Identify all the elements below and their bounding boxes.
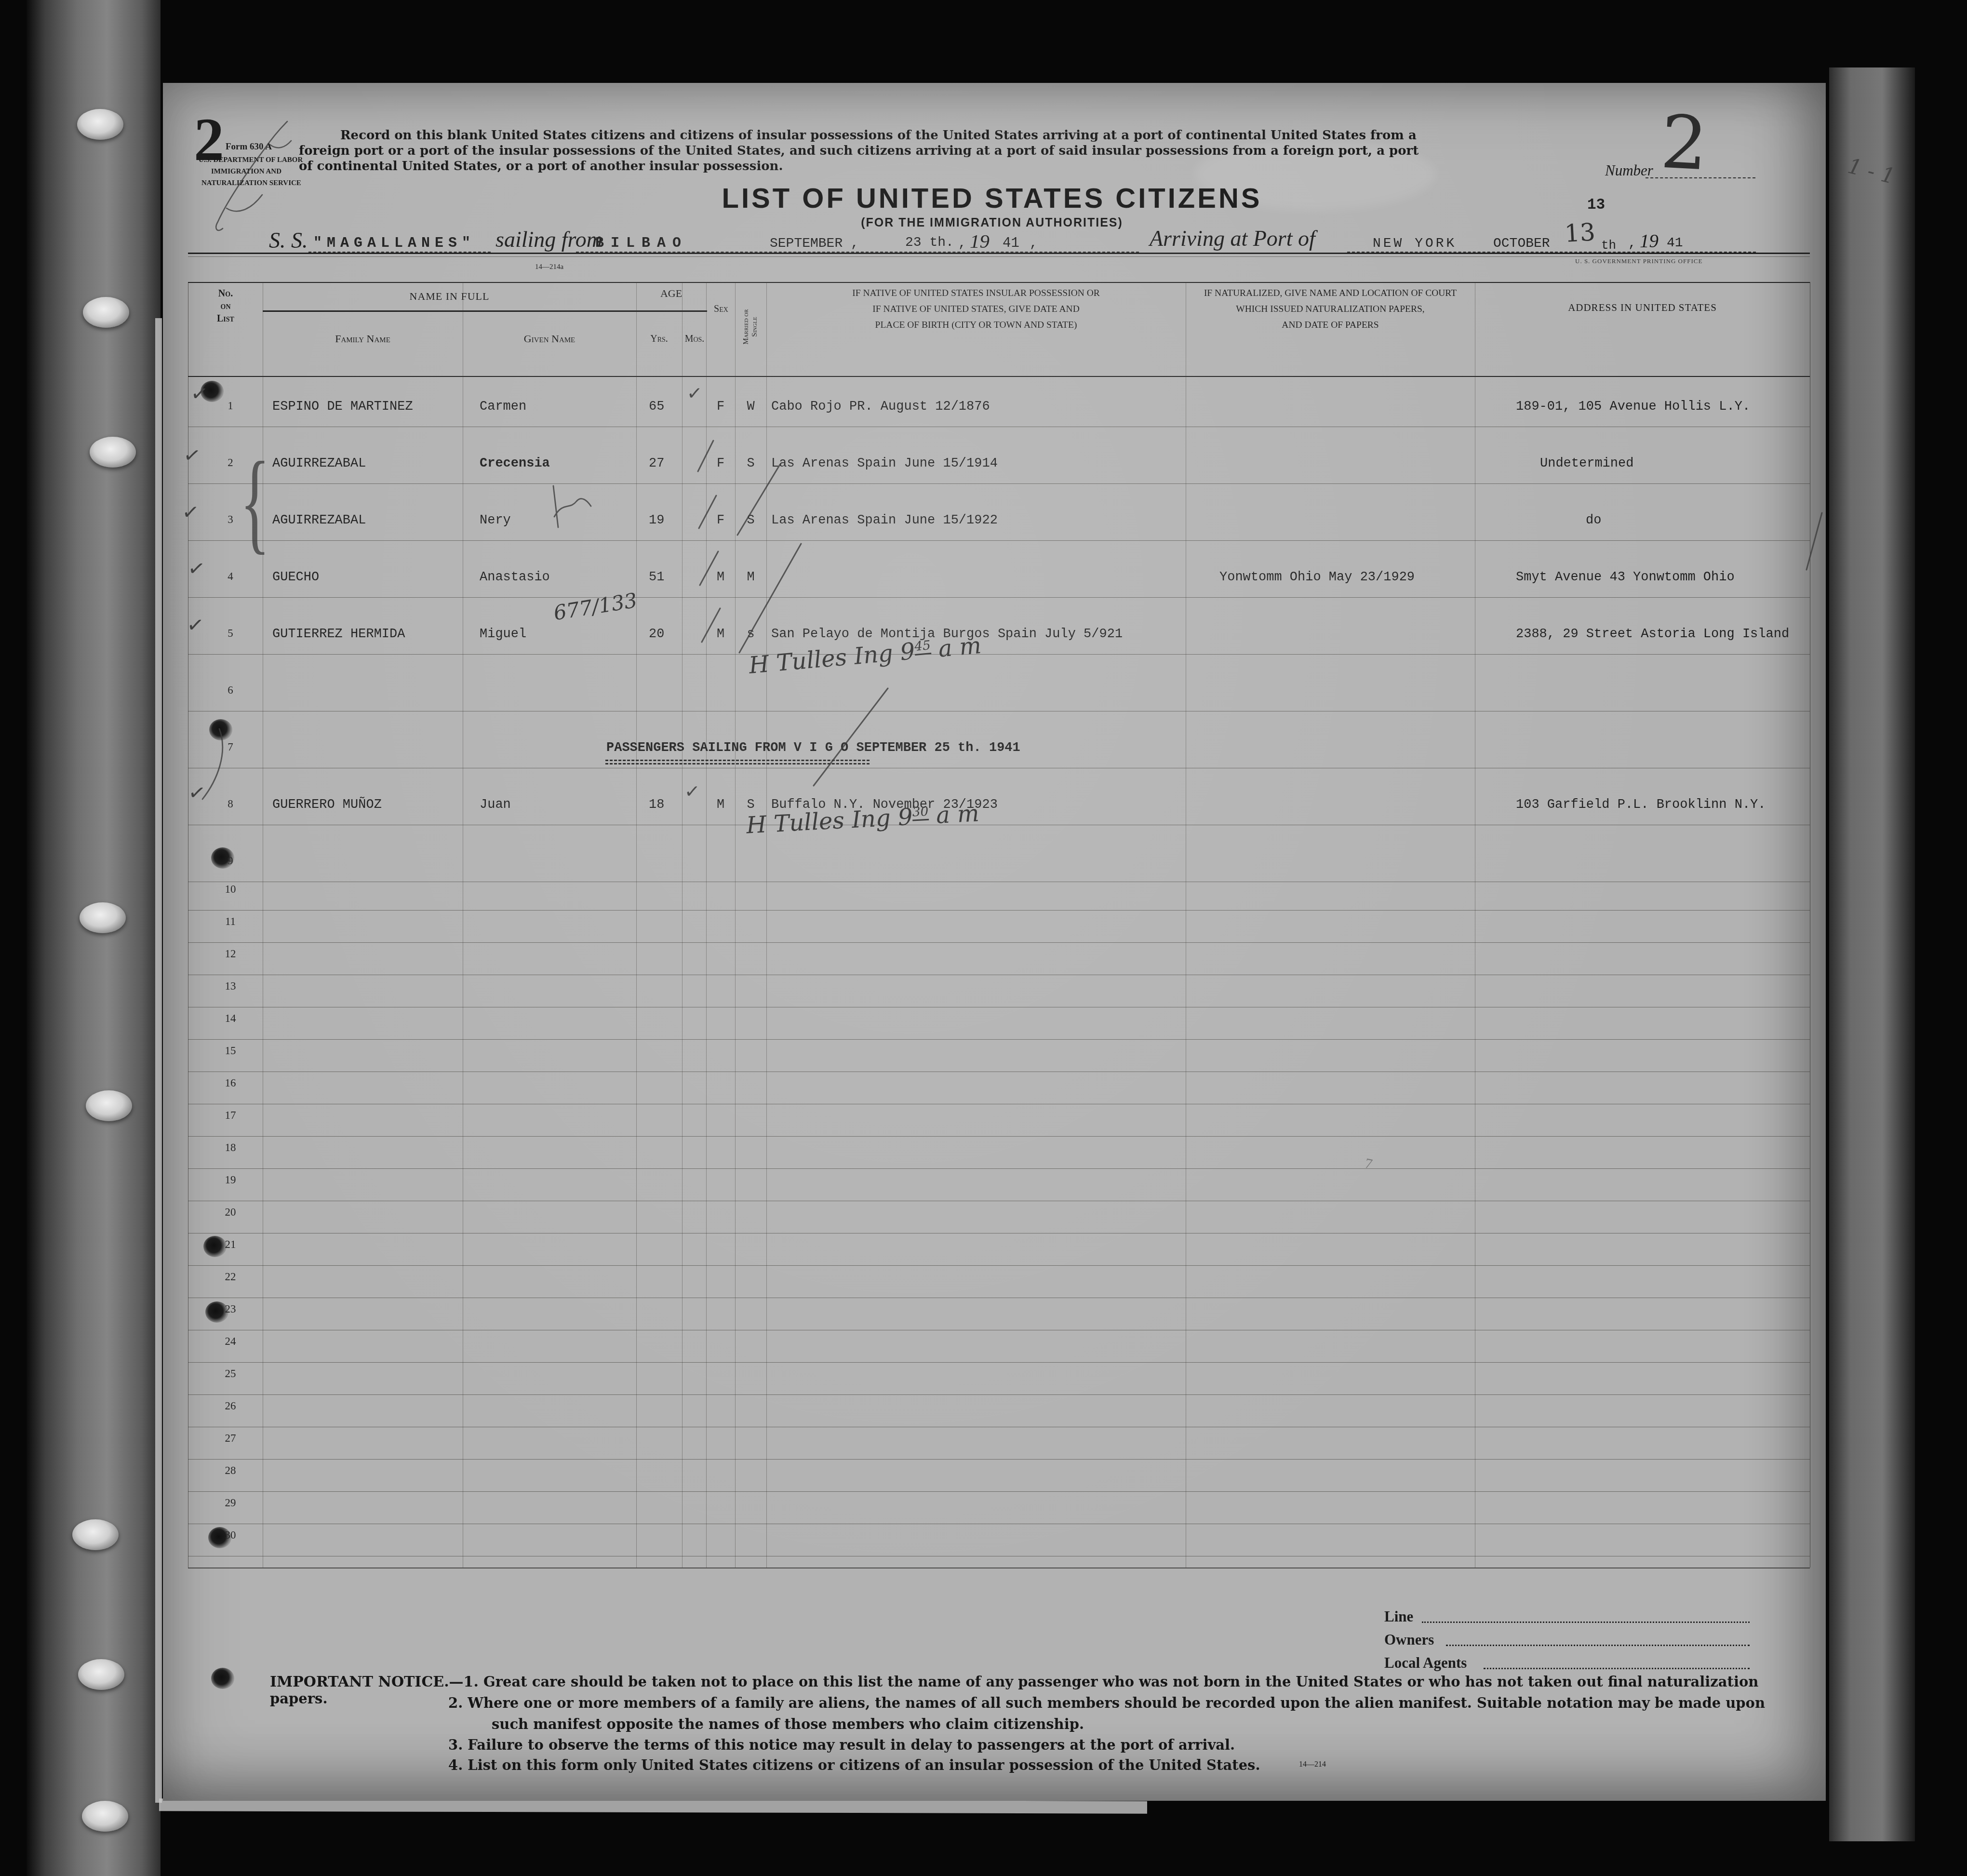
punch-hole <box>209 719 232 740</box>
binder-hole <box>83 297 129 328</box>
check-mark-row8: ✓ <box>187 780 207 806</box>
cell-status: S <box>735 513 766 528</box>
table-gridline <box>188 1265 1810 1266</box>
column-line-mos-sex <box>706 282 707 1568</box>
note-text: H Tulles Ing 9 <box>748 638 916 679</box>
table-top-rule <box>188 282 1810 283</box>
table-gridline <box>188 427 1810 427</box>
table-bottom-rule <box>188 1568 1810 1568</box>
table-gridline <box>188 1394 1810 1395</box>
table-gridline <box>188 711 1810 711</box>
cell-given-name: Juan <box>480 798 511 812</box>
cell-sex: F <box>706 456 735 471</box>
row-number: 8 <box>216 798 245 810</box>
file-number-handwritten: 677/133 <box>552 589 639 625</box>
section-title-vigo: PASSENGERS SAILING FROM V I G O SEPTEMBE… <box>606 741 1020 755</box>
cell-naturalized: Yonwtomm Ohio May 23/1929 <box>1219 570 1415 585</box>
binder-hole <box>78 1659 124 1690</box>
table-gridline <box>188 825 1810 825</box>
cell-given-name: Anastasio <box>480 570 550 585</box>
table-gridline <box>188 1491 1810 1492</box>
header-age: AGE <box>636 287 706 300</box>
stamp-number: 13 <box>1587 197 1605 214</box>
ship-name: "MAGALLANES" <box>313 235 475 252</box>
cell-age: 20 <box>649 627 664 642</box>
row-number: 9 <box>216 855 245 867</box>
table-gridline <box>188 1201 1810 1201</box>
agency-line-3: NATURALIZATION SERVICE <box>201 179 301 188</box>
sailing-from-label: sailing from <box>495 227 602 252</box>
header-age-mos: Mos. <box>682 334 707 345</box>
check-mark-row1: ✓ <box>189 381 210 406</box>
note-text: a m <box>936 800 980 829</box>
table-gridline <box>188 1524 1810 1524</box>
cell-family-name: GUTIERREZ HERMIDA <box>272 627 405 642</box>
departure-year-typed: 41 <box>1003 235 1019 251</box>
table-gridline <box>188 1556 1810 1556</box>
table-gridline <box>188 1427 1810 1427</box>
check-mark-row5: ✓ <box>186 612 205 638</box>
header-married-or-single: Married or Single <box>742 288 759 365</box>
table-gridline <box>188 1362 1810 1363</box>
cell-given-name: Carmen <box>480 400 526 414</box>
tick-mos-row1: ✓ <box>686 382 703 404</box>
row-number: 29 <box>216 1497 245 1509</box>
section-underline <box>605 763 870 764</box>
intro-line-3: of continental United States, or a port … <box>299 159 783 174</box>
form-id: Form 630 A <box>226 142 272 152</box>
notice-line-5: 4. List on this form only United States … <box>448 1757 1260 1773</box>
cell-birth: Cabo Rojo PR. August 12/1876 <box>771 400 990 414</box>
cell-address: Smyt Avenue 43 Yonwtomm Ohio <box>1516 570 1735 585</box>
table-gridline <box>188 1104 1810 1104</box>
row-number: 11 <box>216 915 245 928</box>
table-left-border <box>188 282 188 1568</box>
table-gridline <box>188 1039 1810 1040</box>
row-number: 19 <box>216 1174 245 1186</box>
table-gridline <box>188 1136 1810 1137</box>
binder-hole <box>77 109 123 140</box>
header-family-name: Family Name <box>263 333 463 345</box>
comma: , <box>1628 236 1636 251</box>
cell-age: 65 <box>649 400 664 414</box>
comma: , <box>958 236 966 251</box>
binder-strip <box>27 0 161 1876</box>
column-line-yrs-mos <box>682 282 682 1568</box>
header-naturalized: IF NATURALIZED, GIVE NAME AND LOCATION O… <box>1186 285 1475 333</box>
note-superscript: 45 <box>914 638 931 656</box>
row-number: 14 <box>216 1012 245 1025</box>
table-gridline <box>188 1233 1810 1233</box>
scanned-manifest-page: 2 Form 630 A U.S. DEPARTMENT OF LABOR IM… <box>0 0 1967 1876</box>
family-brace-rows-2-3: { <box>240 436 270 566</box>
under-page-edge <box>155 318 162 1803</box>
local-agents-label: Local Agents <box>1384 1654 1467 1672</box>
number-value-handwritten: 2 <box>1659 99 1710 187</box>
row-number: 22 <box>216 1271 245 1283</box>
cell-sex: M <box>706 627 735 642</box>
double-rule-top <box>188 253 1810 254</box>
table-gridline <box>188 1330 1810 1330</box>
under-page-edge <box>159 1798 1147 1813</box>
cell-sex: M <box>706 570 735 585</box>
check-mark-row4: ✓ <box>186 556 206 582</box>
cell-sex: M <box>706 798 735 812</box>
row-number: 28 <box>216 1464 245 1477</box>
section-underline <box>605 760 870 761</box>
departure-day: 23 th. <box>905 235 954 250</box>
column-line-sex-married <box>735 282 736 1568</box>
manifest-form: 2 Form 630 A U.S. DEPARTMENT OF LABOR IM… <box>163 83 1826 1801</box>
row-number: 23 <box>216 1303 245 1315</box>
table-gridline <box>188 597 1810 598</box>
row-number: 20 <box>216 1206 245 1219</box>
cell-status: S <box>735 456 766 471</box>
header-age-yrs: Yrs. <box>636 334 682 345</box>
table-gridline <box>188 1298 1810 1298</box>
table-gridline <box>188 1007 1810 1007</box>
plate-top: 14—214a <box>535 263 563 271</box>
header-native-birth: IF NATIVE OF UNITED STATES INSULAR POSSE… <box>766 285 1186 333</box>
row-number: 7 <box>216 741 245 753</box>
binder-hole <box>72 1519 119 1550</box>
row-number: 10 <box>216 883 245 896</box>
table-gridline <box>188 540 1810 541</box>
notice-line-4: 3. Failure to observe the terms of this … <box>448 1737 1235 1753</box>
row-number: 18 <box>216 1141 245 1154</box>
name-age-heavy-rule <box>263 310 707 312</box>
binder-hole <box>86 1090 132 1121</box>
table-gridline <box>188 1459 1810 1460</box>
row-number: 27 <box>216 1432 245 1445</box>
cell-address: 103 Garfield P.L. Brooklinn N.Y. <box>1516 798 1766 812</box>
departure-port: BILBAO <box>595 235 688 252</box>
cell-given-name: Crecensia <box>480 456 550 471</box>
header-given-name: Given Name <box>463 333 636 345</box>
notice-line-3: such manifest opposite the names of thos… <box>492 1716 1084 1732</box>
notice-label: IMPORTANT NOTICE.—1. <box>270 1674 479 1690</box>
cell-sex: F <box>706 400 735 414</box>
arrival-year-typed: 41 <box>1667 236 1683 251</box>
cell-address: 189-01, 105 Avenue Hollis L.Y. <box>1516 400 1750 414</box>
row-number: 17 <box>216 1109 245 1122</box>
local-agents-fill <box>1484 1668 1750 1669</box>
line-fill <box>1422 1621 1750 1623</box>
ss-label: S. S. <box>269 228 308 253</box>
table-gridline <box>188 654 1810 655</box>
arrival-day-suffix: th <box>1601 238 1616 253</box>
intro-line-1: Record on this blank United States citiz… <box>340 128 1417 143</box>
cell-address: 2388, 29 Street Astoria Long Island <box>1516 627 1789 642</box>
agency-line-1: U.S. DEPARTMENT OF LABOR <box>199 156 303 164</box>
arriving-label: Arriving at Port of <box>1150 226 1315 251</box>
row-number: 25 <box>216 1367 245 1380</box>
cell-sex: F <box>706 513 735 528</box>
check-mark-row2: ✓ <box>182 442 202 468</box>
cell-family-name: ESPINO DE MARTINEZ <box>272 400 413 414</box>
arrival-port: NEW YORK <box>1373 236 1457 251</box>
tick-mos-row8: ✓ <box>684 780 701 803</box>
cell-status: S <box>735 798 766 812</box>
table-gridline <box>188 483 1810 484</box>
row-number: 4 <box>216 570 245 583</box>
plate-bottom: 14—214 <box>1299 1760 1326 1769</box>
table-gridline <box>188 942 1810 943</box>
notice-line-2: 2. Where one or more members of a family… <box>448 1695 1765 1711</box>
line-label: Line <box>1384 1608 1413 1625</box>
binder-hole <box>80 902 126 933</box>
table-gridline <box>188 768 1810 768</box>
cell-family-name: GUERRERO MUÑOZ <box>272 798 382 812</box>
row-number: 24 <box>216 1335 245 1348</box>
table-gridline <box>188 882 1810 882</box>
row-number: 6 <box>216 684 245 697</box>
row-number: 13 <box>216 980 245 992</box>
binder-hole <box>82 1801 128 1832</box>
cell-birth: Las Arenas Spain June 15/1922 <box>771 513 998 528</box>
page-title: LIST OF UNITED STATES CITIZENS <box>717 182 1267 214</box>
punch-hole <box>211 1668 234 1689</box>
row-number: 12 <box>216 948 245 960</box>
cell-age: 27 <box>649 456 664 471</box>
cell-status: s <box>735 627 766 642</box>
double-rule-bottom <box>188 256 1810 257</box>
row-number: 5 <box>216 627 245 640</box>
column-line-given-age <box>636 282 637 1568</box>
table-gridline <box>188 910 1810 911</box>
cell-age: 18 <box>649 798 664 812</box>
cell-address: do <box>1586 513 1601 528</box>
cell-family-name: GUECHO <box>272 570 319 585</box>
cell-status: W <box>735 400 766 414</box>
owners-fill <box>1446 1645 1750 1646</box>
header-name-in-full: NAME IN FULL <box>263 290 636 303</box>
header-sex: Sex <box>706 304 736 315</box>
faint-pencil-mark: 7 <box>1364 1155 1374 1173</box>
cell-status: M <box>735 570 766 585</box>
column-line-family-given <box>463 282 463 1568</box>
header-no-on-list: No. on List <box>192 287 259 325</box>
cell-given-name: Miguel <box>480 627 526 642</box>
departure-year-printed: 19 <box>970 229 990 253</box>
cell-family-name: AGUIRREZABAL <box>272 513 366 528</box>
table-gridline <box>188 1168 1810 1169</box>
row-number: 1 <box>216 400 245 412</box>
number-label: Number <box>1605 162 1653 179</box>
table-gridline <box>188 1072 1810 1072</box>
header-bottom-rule <box>188 376 1810 377</box>
check-mark-row3: ✓ <box>181 499 201 524</box>
owners-label: Owners <box>1384 1631 1434 1648</box>
column-line-married-birth <box>766 282 767 1568</box>
arrival-month: OCTOBER <box>1493 236 1550 251</box>
cell-age: 19 <box>649 513 664 528</box>
table-right-border <box>1810 282 1810 1568</box>
note-superscript: 30 <box>912 804 929 821</box>
arrival-year-printed: 19 <box>1640 230 1659 252</box>
gpo-imprint: U. S. GOVERNMENT PRINTING OFFICE <box>1575 257 1702 265</box>
row-number: 21 <box>216 1238 245 1251</box>
cell-age: 51 <box>649 570 664 585</box>
row-number: 26 <box>216 1400 245 1412</box>
note-text: a m <box>937 632 982 663</box>
table-gridline <box>188 975 1810 975</box>
cell-address: Undetermined <box>1540 456 1633 471</box>
arrival-day-handwritten: 13 <box>1564 218 1596 247</box>
row-number: 16 <box>216 1077 245 1089</box>
row-number: 30 <box>216 1529 245 1541</box>
comma: , <box>1030 236 1038 251</box>
agency-line-2: IMMIGRATION AND <box>211 168 281 176</box>
header-address: ADDRESS IN UNITED STATES <box>1475 302 1810 314</box>
cell-family-name: AGUIRREZABAL <box>272 456 366 471</box>
cell-birth: Las Arenas Spain June 15/1914 <box>771 456 998 471</box>
column-line-naturalized-address <box>1475 282 1475 1568</box>
row-number: 15 <box>216 1045 245 1057</box>
column-line-birth-naturalized <box>1186 282 1186 1568</box>
binder-hole <box>90 437 136 468</box>
intro-line-2: foreign port or a port of the insular po… <box>299 144 1418 158</box>
cell-given-name: Nery <box>480 513 511 528</box>
departure-month: SEPTEMBER , <box>770 236 859 251</box>
adjacent-page-edge <box>1829 67 1915 1841</box>
